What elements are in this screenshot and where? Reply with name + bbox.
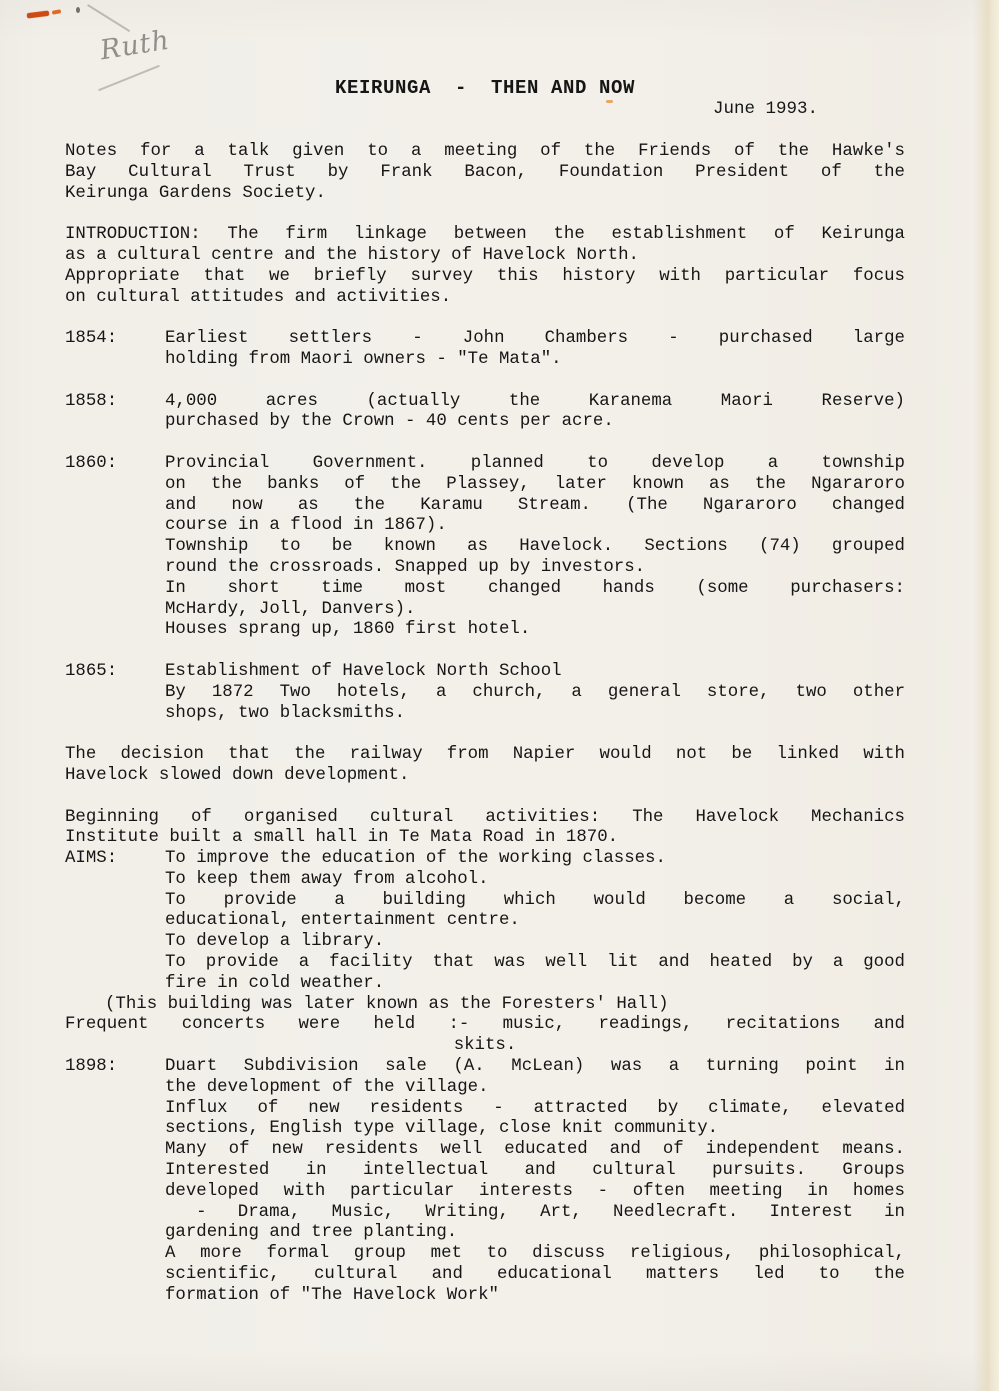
text-line: Appropriate that we briefly survey this … (65, 267, 905, 288)
timeline-entry: 1898:Duart Subdivision sale (A. McLean) … (65, 1057, 905, 1307)
document-page: Ruth KEIRUNGA - THEN AND NOW June 1993. … (0, 0, 999, 1391)
text-line: Influx of new residents - attracted by c… (165, 1099, 905, 1120)
text-line: course in a flood in 1867). (165, 516, 905, 537)
entry-text: Duart Subdivision sale (A. McLean) was a… (165, 1057, 905, 1307)
text-line: Houses sprang up, 1860 first hotel. (165, 620, 905, 641)
text-line: gardening and tree planting. (165, 1223, 905, 1244)
text-line: Beginning of organised cultural activiti… (65, 808, 905, 829)
date-line: June 1993. (0, 99, 818, 119)
paragraph: INTRODUCTION: The firm linkage between t… (65, 225, 905, 308)
text-line: purchased by the Crown - 40 cents per ac… (165, 412, 905, 433)
text-line: Many of new residents well educated and … (165, 1140, 905, 1161)
page-edge-shadow (973, 0, 999, 1391)
text-line: Provincial Government. planned to develo… (165, 454, 905, 475)
year-label: 1854: (65, 329, 165, 371)
entry-text: Provincial Government. planned to develo… (165, 454, 905, 641)
text-line: Township to be known as Havelock. Sectio… (165, 537, 905, 558)
ink-speck (76, 7, 80, 13)
red-ink-mark (27, 11, 49, 19)
text-line: educational, entertainment centre. (165, 911, 905, 932)
text-line: fire in cold weather. (165, 974, 905, 995)
text-line: To provide a facility that was well lit … (165, 953, 905, 974)
year-label: AIMS: (65, 849, 165, 995)
timeline-entry: 1858:4,000 acres (actually the Karanema … (65, 392, 905, 434)
text-line: INTRODUCTION: The firm linkage between t… (65, 225, 905, 246)
text-line: In short time most changed hands (some p… (165, 579, 905, 600)
paragraph: Beginning of organised cultural activiti… (65, 808, 905, 850)
text-line: shops, two blacksmiths. (165, 704, 905, 725)
timeline-entry: 1854:Earliest settlers - John Chambers -… (65, 329, 905, 371)
year-label: 1865: (65, 662, 165, 724)
entry-text: Earliest settlers - John Chambers - purc… (165, 329, 905, 371)
text-line: The decision that the railway from Napie… (65, 745, 905, 766)
timeline-entry: 1860:Provincial Government. planned to d… (65, 454, 905, 641)
timeline-entry: AIMS:To improve the education of the wor… (65, 849, 905, 995)
text-line: 4,000 acres (actually the Karanema Maori… (165, 392, 905, 413)
entry-text: Establishment of Havelock North SchoolBy… (165, 662, 905, 724)
text-line: Interested in intellectual and cultural … (165, 1161, 905, 1182)
paragraph: The decision that the railway from Napie… (65, 745, 905, 787)
year-label: 1860: (65, 454, 165, 641)
text-line: on the banks of the Plassey, later known… (165, 475, 905, 496)
document-body: Notes for a talk given to a meeting of t… (65, 142, 905, 1307)
text-line: Keirunga Gardens Society. (65, 184, 905, 205)
handwritten-annotation: Ruth (98, 25, 172, 67)
text-line: Duart Subdivision sale (A. McLean) was a… (165, 1057, 905, 1078)
paragraph: Frequent concerts were held :- music, re… (65, 1015, 905, 1057)
text-line: the development of the village. (165, 1078, 905, 1099)
year-label: 1858: (65, 392, 165, 434)
text-line: To improve the education of the working … (165, 849, 905, 870)
text-line: on cultural attitudes and activities. (65, 288, 905, 309)
entry-text: 4,000 acres (actually the Karanema Maori… (165, 392, 905, 434)
text-line: To develop a library. (165, 932, 905, 953)
paragraph: Notes for a talk given to a meeting of t… (65, 142, 905, 204)
text-line: scientific, cultural and educational mat… (165, 1265, 905, 1286)
text-line: as a cultural centre and the history of … (65, 246, 905, 267)
text-line: (This building was later known as the Fo… (105, 995, 905, 1016)
text-line: Frequent concerts were held :- music, re… (65, 1015, 905, 1036)
text-line: McHardy, Joll, Danvers). (165, 600, 905, 621)
text-line: Institute built a small hall in Te Mata … (65, 828, 905, 849)
text-line: round the crossroads. Snapped up by inve… (165, 558, 905, 579)
text-line: Establishment of Havelock North School (165, 662, 905, 683)
text-line: Bay Cultural Trust by Frank Bacon, Found… (65, 163, 905, 184)
red-ink-mark (52, 9, 62, 15)
text-line: Havelock slowed down development. (65, 766, 905, 787)
pencil-stroke (87, 4, 130, 32)
text-line: Earliest settlers - John Chambers - purc… (165, 329, 905, 350)
timeline-entry: 1865:Establishment of Havelock North Sch… (65, 662, 905, 724)
text-line: and now as the Karamu Stream. (The Ngara… (165, 496, 905, 517)
text-line: Notes for a talk given to a meeting of t… (65, 142, 905, 163)
text-line: A more formal group met to discuss relig… (165, 1244, 905, 1265)
text-line: developed with particular interests - of… (165, 1182, 905, 1203)
text-line: sections, English type village, close kn… (165, 1119, 905, 1140)
text-line: - Drama, Music, Writing, Art, Needlecraf… (165, 1203, 905, 1224)
year-label: 1898: (65, 1057, 165, 1307)
paragraph: (This building was later known as the Fo… (65, 995, 905, 1016)
text-line: skits. (65, 1036, 905, 1057)
text-line: To keep them away from alcohol. (165, 870, 905, 891)
text-line: formation of "The Havelock Work" (165, 1286, 905, 1307)
text-line: To provide a building which would become… (165, 891, 905, 912)
entry-text: To improve the education of the working … (165, 849, 905, 995)
text-line: By 1872 Two hotels, a church, a general … (165, 683, 905, 704)
page-title: KEIRUNGA - THEN AND NOW (65, 77, 905, 99)
text-line: holding from Maori owners - "Te Mata". (165, 350, 905, 371)
